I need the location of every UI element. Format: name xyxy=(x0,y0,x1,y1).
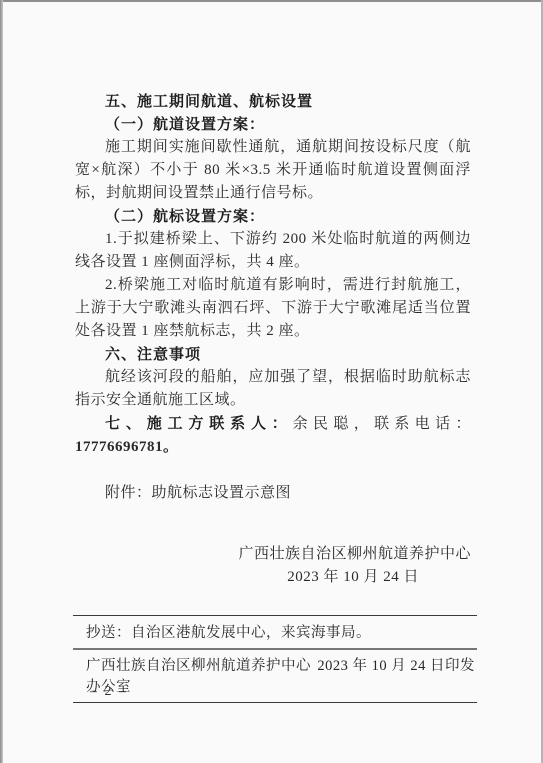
document-footer: 抄送：自治区港航发展中心，来宾海事局。 广西壮族自治区柳州航道养护中心办公室 2… xyxy=(73,615,477,703)
issuer-row: 广西壮族自治区柳州航道养护中心办公室 2023 年 10 月 24 日印发 xyxy=(73,648,477,703)
section-6-heading: 六、注意事项 xyxy=(75,343,471,366)
scan-edge-left xyxy=(0,0,3,763)
issue-date: 2023 年 10 月 24 日印发 xyxy=(317,654,477,696)
signature-block: 广西壮族自治区柳州航道养护中心 2023 年 10 月 24 日 xyxy=(75,543,471,589)
section-7-heading: 七、施工方联系人： xyxy=(105,415,293,432)
marks-item-1: 1.于拟建桥梁上、下游约 200 米处临时航道的两侧边线各设置 1 座侧面浮标，… xyxy=(75,228,471,274)
scanned-document-page: 五、施工期间航道、航标设置 （一）航道设置方案： 施工期间实施间歇性通航，通航期… xyxy=(0,0,543,763)
contact-name: 余民聪，联系电话： xyxy=(293,416,471,432)
attachment-line: 附件：助航标志设置示意图 xyxy=(75,482,471,505)
page-number: – 2 – xyxy=(90,684,128,700)
document-body: 五、施工期间航道、航标设置 （一）航道设置方案： 施工期间实施间歇性通航，通航期… xyxy=(75,90,471,589)
signature-organization: 广西壮族自治区柳州航道养护中心 xyxy=(75,543,471,566)
channel-plan-paragraph: 施工期间实施间歇性通航，通航期间按设标尺度（航宽×航深）不小于 80 米×3.5… xyxy=(75,136,471,205)
marks-plan-heading: （二）航标设置方案： xyxy=(75,205,471,228)
contact-line: 七、施工方联系人：余民聪，联系电话：17776696781。 xyxy=(75,412,471,459)
marks-item-2: 2.桥梁施工对临时航道有影响时，需进行封航施工，上游于大宁歌滩头南泗石坪、下游于… xyxy=(75,274,471,343)
scan-edge-top xyxy=(0,0,543,2)
contact-phone: 17776696781。 xyxy=(75,439,179,455)
signature-date: 2023 年 10 月 24 日 xyxy=(75,566,471,589)
cc-text: 抄送：自治区港航发展中心，来宾海事局。 xyxy=(86,625,371,641)
cc-row: 抄送：自治区港航发展中心，来宾海事局。 xyxy=(73,615,477,648)
section-5-heading: 五、施工期间航道、航标设置 xyxy=(75,90,471,113)
channel-plan-heading: （一）航道设置方案： xyxy=(75,113,471,136)
notice-paragraph: 航经该河段的船舶，应加强了望，根据临时助航标志指示安全通航施工区域。 xyxy=(75,366,471,412)
